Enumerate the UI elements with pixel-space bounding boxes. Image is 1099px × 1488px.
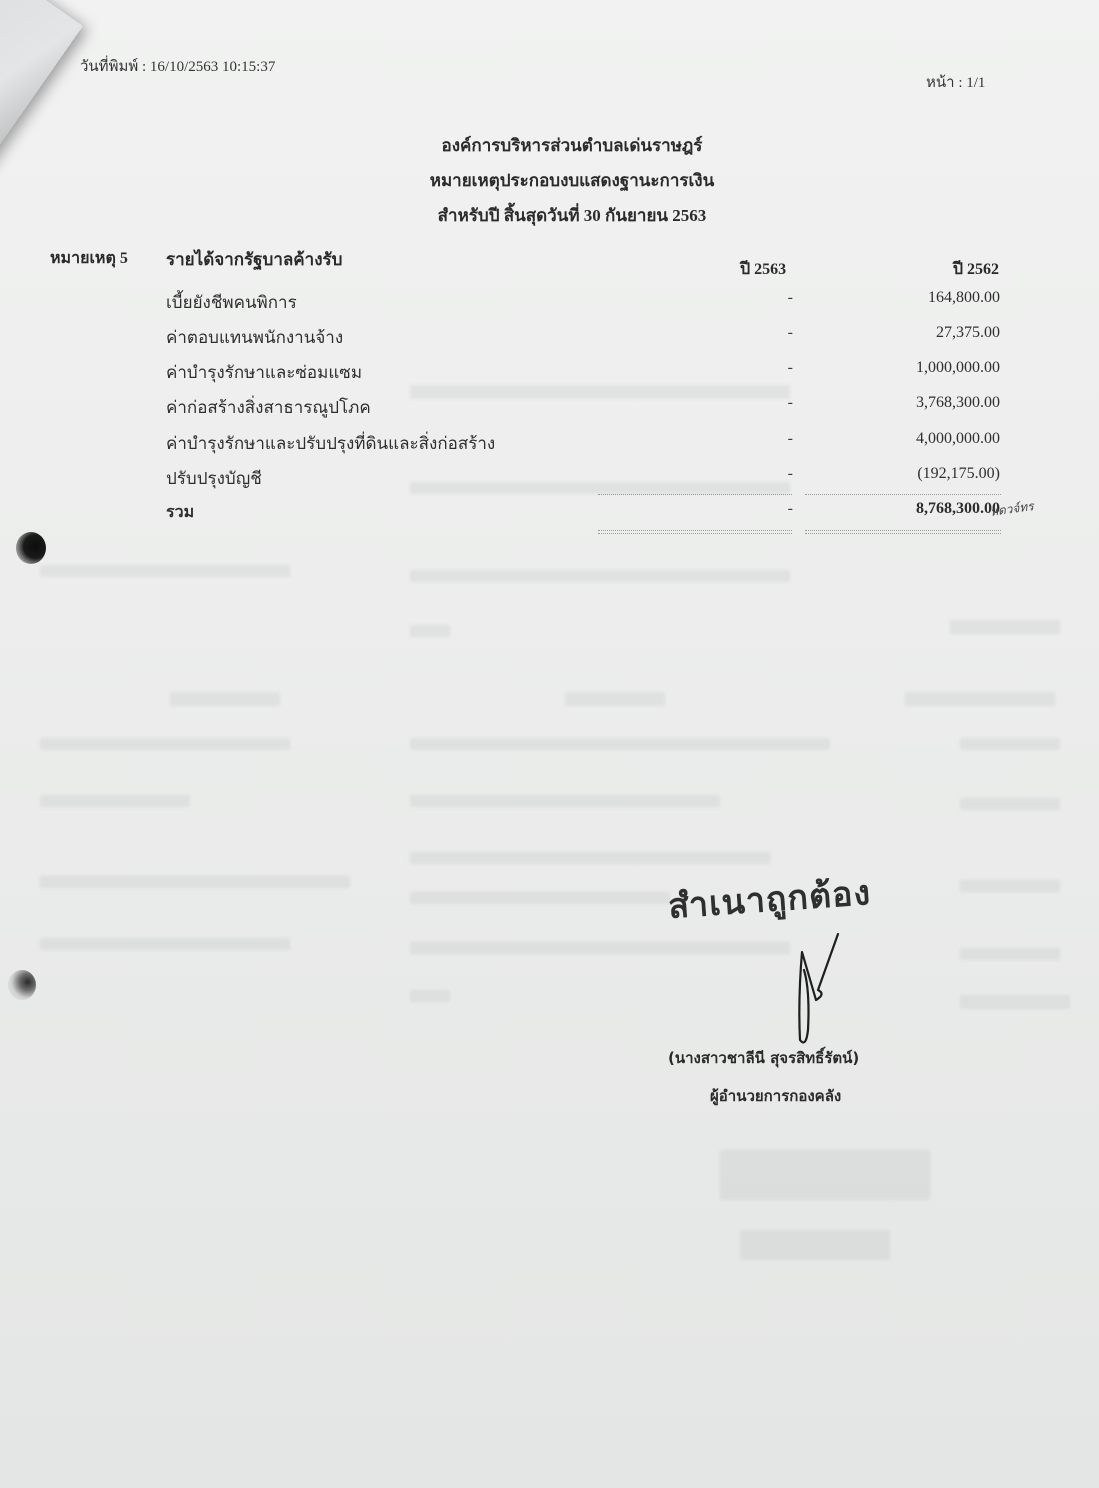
total-2562: 8,768,300.00 bbox=[916, 500, 1000, 518]
bleed-through-text bbox=[960, 738, 1060, 750]
value-2563: - bbox=[788, 430, 793, 448]
bleed-through-text bbox=[410, 852, 770, 864]
certified-copy-stamp: สำเนาถูกต้อง bbox=[666, 865, 872, 933]
table-row: ค่าตอบแทนพนักงานจ้าง-27,375.00 bbox=[0, 324, 1099, 354]
bleed-through-text bbox=[410, 892, 670, 904]
value-2562: 3,768,300.00 bbox=[916, 394, 1000, 412]
bleed-through-signature bbox=[740, 1230, 890, 1260]
value-2563: - bbox=[788, 289, 793, 307]
bleed-through-text bbox=[565, 692, 665, 706]
bleed-through-text bbox=[40, 738, 290, 750]
bleed-through-text bbox=[40, 565, 290, 577]
table-row: ค่าบำรุงรักษาและซ่อมแซม-1,000,000.00 bbox=[0, 359, 1099, 389]
total-2563: - bbox=[788, 500, 793, 518]
table-row: ค่าก่อสร้างสิ่งสาธารณูปโภค-3,768,300.00 bbox=[0, 394, 1099, 424]
column-header-2562: ปี 2562 bbox=[953, 257, 999, 282]
row-label: เบี้ยยังชีพคนพิการ bbox=[166, 289, 297, 316]
row-label: ค่าบำรุงรักษาและปรับปรุงที่ดินและสิ่งก่อ… bbox=[166, 430, 495, 457]
value-2563: - bbox=[788, 394, 793, 412]
value-2563: - bbox=[788, 465, 793, 483]
row-label: ค่าก่อสร้างสิ่งสาธารณูปโภค bbox=[166, 394, 371, 421]
bleed-through-text bbox=[905, 692, 1055, 706]
bleed-through-stamp bbox=[720, 1150, 930, 1200]
print-date: วันที่พิมพ์ : 16/10/2563 10:15:37 bbox=[80, 54, 275, 78]
page-number: หน้า : 1/1 bbox=[926, 70, 985, 94]
bleed-through-text bbox=[170, 692, 280, 706]
bleed-through-text bbox=[960, 995, 1070, 1009]
punch-hole bbox=[16, 532, 46, 564]
signer-title: ผู้อำนวยการกองคลัง bbox=[710, 1084, 841, 1108]
bleed-through-text bbox=[410, 990, 450, 1002]
bleed-through-text bbox=[40, 795, 190, 807]
total-label: รวม bbox=[166, 500, 194, 525]
value-2563: - bbox=[788, 324, 793, 342]
note-section-title: รายได้จากรัฐบาลค้างรับ bbox=[166, 246, 342, 273]
bleed-through-text bbox=[960, 948, 1060, 960]
organization-name: องค์การบริหารส่วนตำบลเด่นราษฎร์ bbox=[0, 128, 1099, 163]
report-title-block: องค์การบริหารส่วนตำบลเด่นราษฎร์ หมายเหตุ… bbox=[0, 128, 1099, 233]
table-row: ค่าบำรุงรักษาและปรับปรุงที่ดินและสิ่งก่อ… bbox=[0, 430, 1099, 460]
bleed-through-text bbox=[410, 625, 450, 637]
signer-name: (นางสาวชาลีนี สุจรสิทธิ์รัตน์) bbox=[668, 1046, 859, 1070]
row-label: ปรับปรุงบัญชี bbox=[166, 465, 262, 492]
signature-icon bbox=[770, 930, 860, 1050]
subtotal-rule bbox=[805, 494, 1001, 495]
bleed-through-text bbox=[960, 880, 1060, 892]
punch-hole bbox=[8, 970, 36, 1000]
table-row: ปรับปรุงบัญชี-(192,175.00) bbox=[0, 465, 1099, 495]
total-double-rule bbox=[805, 530, 1001, 531]
subtotal-rule bbox=[598, 494, 792, 495]
bleed-through-text bbox=[40, 876, 350, 888]
row-label: ค่าบำรุงรักษาและซ่อมแซม bbox=[166, 359, 362, 386]
value-2563: - bbox=[788, 359, 793, 377]
bleed-through-text bbox=[410, 795, 720, 807]
bleed-through-text bbox=[950, 620, 1060, 634]
value-2562: 1,000,000.00 bbox=[916, 359, 1000, 377]
value-2562: 164,800.00 bbox=[928, 289, 1000, 307]
value-2562: (192,175.00) bbox=[917, 465, 1000, 483]
column-header-2563: ปี 2563 bbox=[740, 257, 786, 282]
value-2562: 4,000,000.00 bbox=[916, 430, 1000, 448]
total-row: รวม-8,768,300.00 bbox=[0, 500, 1099, 530]
report-name: หมายเหตุประกอบงบแสดงฐานะการเงิน bbox=[0, 163, 1099, 198]
bleed-through-text bbox=[410, 738, 830, 750]
table-row: เบี้ยยังชีพคนพิการ-164,800.00 bbox=[0, 289, 1099, 319]
bleed-through-text bbox=[410, 570, 790, 582]
value-2562: 27,375.00 bbox=[936, 324, 1000, 342]
bleed-through-text bbox=[410, 942, 790, 954]
note-number: หมายเหตุ 5 bbox=[50, 246, 128, 271]
row-label: ค่าตอบแทนพนักงานจ้าง bbox=[166, 324, 343, 351]
bleed-through-text bbox=[40, 938, 290, 950]
report-period: สำหรับปี สิ้นสุดวันที่ 30 กันยายน 2563 bbox=[0, 198, 1099, 233]
document-page: วันที่พิมพ์ : 16/10/2563 10:15:37 หน้า :… bbox=[0, 0, 1099, 1488]
bleed-through-text bbox=[960, 798, 1060, 810]
total-double-rule bbox=[598, 530, 792, 531]
